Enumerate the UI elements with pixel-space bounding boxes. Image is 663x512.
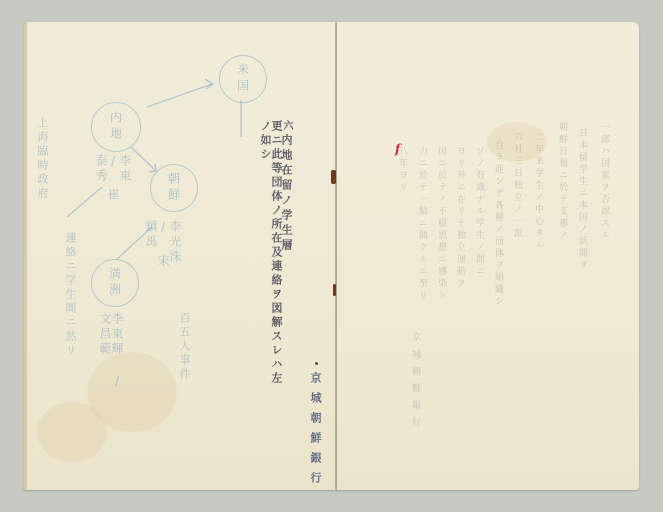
red-ink-mark: f xyxy=(395,142,400,156)
show-through-line: 日本留学生ニ本国ノ新聞ヲ xyxy=(577,128,586,328)
show-through-line: 自ラ進ンデ各種ノ団体ヲ組織シ xyxy=(493,140,502,400)
node-label: 朝鮮 xyxy=(151,165,197,211)
show-through-footer: 京城朝鮮銀行 xyxy=(410,332,419,452)
dot-mark xyxy=(315,362,318,365)
staple-bottom xyxy=(333,284,336,296)
node-annotation: 李東 / 崔泰秀 xyxy=(95,154,131,214)
node-annotation: 李東輝 / 文昌範 xyxy=(99,312,123,402)
left-page: 内地 米国 朝鮮 満洲 李東 / 崔泰秀 李光洙 / 宋鎮禹 李東輝 / 文昌範… xyxy=(24,22,338,490)
margin-note: 百五人事件 xyxy=(179,312,190,392)
diagram-node-manshu: 満洲 xyxy=(91,259,139,307)
publisher-footer: 京城朝鮮銀行 xyxy=(310,372,321,492)
show-through-line: 八年ヨリ xyxy=(397,146,406,326)
body-text: 更ニ此等団体ノ所在及連絡ヲ図解スレハ左ノ如シ xyxy=(260,120,282,390)
show-through-line: 一部ハ国家ヲ否認スル xyxy=(599,122,608,322)
node-label: 内地 xyxy=(92,103,140,151)
diagram-node-beikoku: 米国 xyxy=(219,55,267,103)
show-through-line: 六月三日独立ノ一派 xyxy=(512,132,521,332)
right-page: 八年ヨリ 力ニ於テ一騎ニ開クルニ至リ 国ニ於テノ不穏思想ニ感染シ ヨリ外ニ在リテ… xyxy=(337,22,639,490)
diagram-node-naichi: 内地 xyxy=(91,102,141,152)
book-spread: 内地 米国 朝鮮 満洲 李東 / 崔泰秀 李光洙 / 宋鎮禹 李東輝 / 文昌範… xyxy=(24,22,642,490)
staple-top xyxy=(331,170,336,184)
node-label: 米国 xyxy=(220,56,266,102)
show-through-line: ソノ有識ナル学生ノ間ニ xyxy=(474,146,483,406)
node-label: 満洲 xyxy=(92,260,138,306)
show-through-line: 国ニ於テノ不穏思想ニ感染シ xyxy=(436,146,445,406)
diagram-node-chosen: 朝鮮 xyxy=(150,164,198,212)
margin-note: 連絡ニ学生間ニ然リ xyxy=(65,232,76,382)
show-through-line: ヨリ外ニ在リテ独立運動ヲ xyxy=(455,146,464,406)
node-annotation: 李光洙 / 宋鎮禹 xyxy=(145,220,181,280)
margin-note: 上海臨時政府 xyxy=(37,117,48,257)
show-through-line: 朝鮮日報ニ於テ支那ノ xyxy=(557,122,566,302)
show-through-line: 二年来学生ノ中心タル xyxy=(533,132,542,312)
